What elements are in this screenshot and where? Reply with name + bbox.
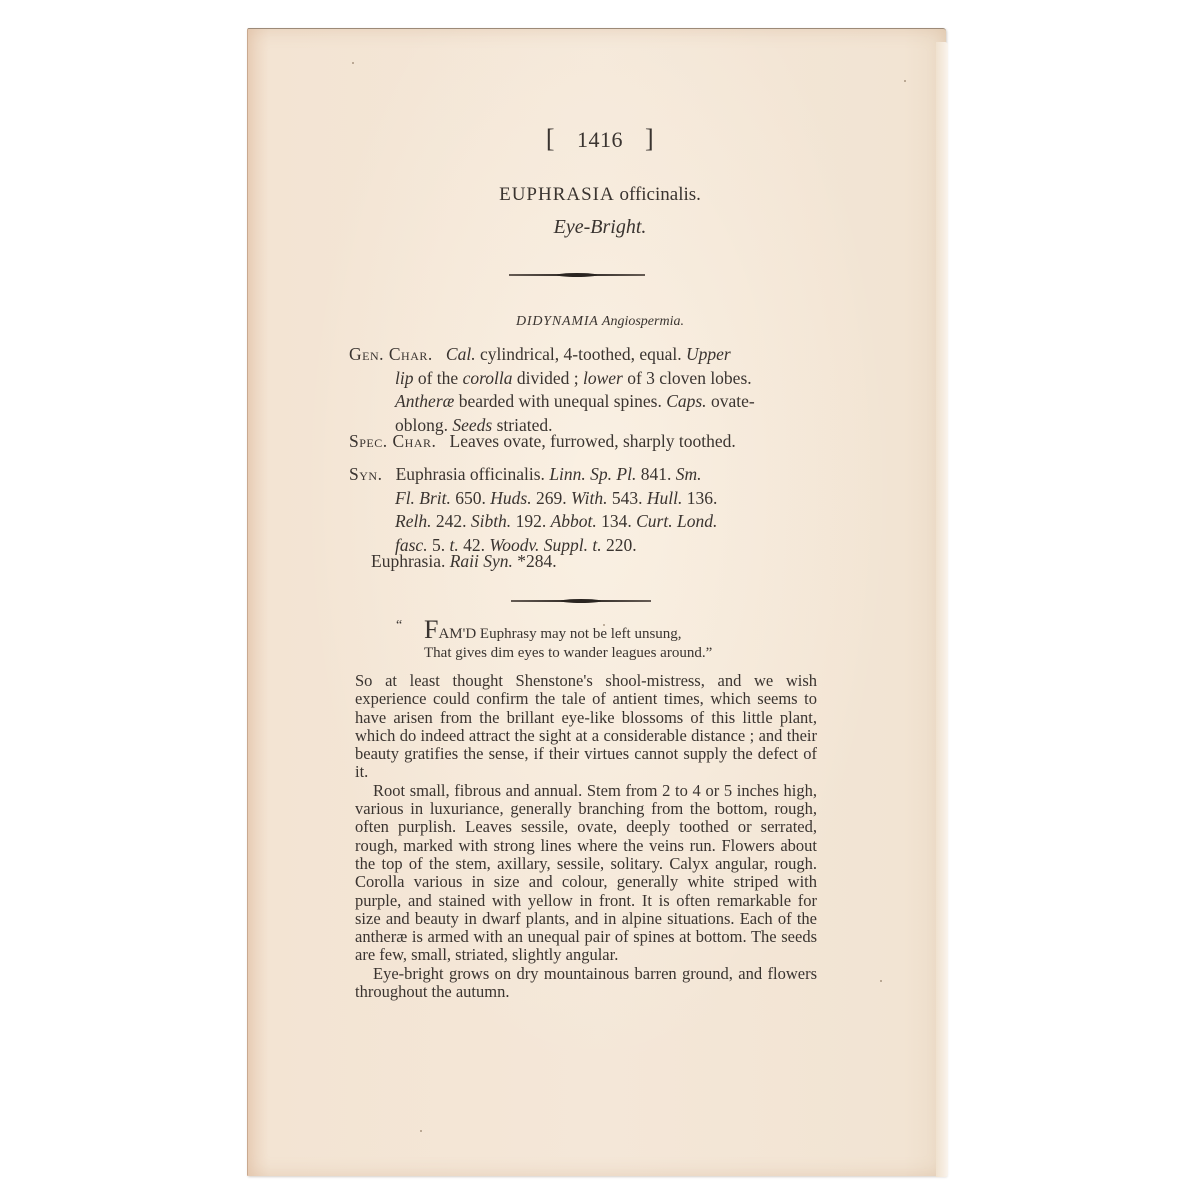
text-run: cylindrical, 4-toothed, equal.: [476, 344, 686, 364]
text-run: 543.: [607, 488, 646, 508]
text-run: 650.: [451, 488, 490, 508]
text-run: Euphrasia.: [371, 551, 450, 571]
spec-char-label: Spec. Char.: [349, 431, 436, 451]
genus-name: EUPHRASIA: [499, 184, 615, 205]
spec-char-text: Leaves ovate, furrowed, sharply toothed.: [450, 431, 736, 451]
paper-speck: [904, 80, 906, 82]
text-run: of 3 cloven lobes.: [623, 368, 752, 388]
text-run: ovate-: [707, 391, 755, 411]
order-name: Angiospermia.: [602, 314, 684, 329]
folio-number: 1416: [577, 127, 623, 152]
generic-character: Gen. Char. Cal. cylindrical, 4-toothed, …: [349, 343, 819, 437]
text-run: bearded with unequal spines.: [454, 391, 666, 411]
drop-cap: F: [424, 615, 438, 644]
term-italic: corolla: [463, 368, 513, 388]
text-run: Euphrasia officinalis.: [396, 464, 550, 484]
reference-italic: Relh.: [395, 511, 431, 531]
linnaean-classification: DIDYNAMIA Angiospermia.: [0, 314, 1200, 330]
text-run: 192.: [511, 511, 550, 531]
syn-label: Syn.: [349, 464, 382, 484]
folio-close-bracket: ]: [645, 124, 654, 153]
synonyms: Syn. Euphrasia officinalis. Linn. Sp. Pl…: [349, 463, 819, 557]
term-italic: lip: [395, 368, 413, 388]
text-run: 134.: [597, 511, 636, 531]
ray-synonym: Euphrasia. Raii Syn. *284.: [371, 550, 821, 574]
reference-italic: Curt. Lond.: [636, 511, 717, 531]
gen-char-label: Gen. Char.: [349, 344, 433, 364]
text-run: 269.: [532, 488, 571, 508]
common-name: Eye-Bright.: [0, 216, 1200, 239]
class-name: DIDYNAMIA: [516, 314, 599, 329]
reference-italic: Sibth.: [471, 511, 511, 531]
reference-italic: Linn. Sp. Pl.: [549, 464, 636, 484]
term-italic: Antheræ: [395, 391, 454, 411]
text-run: of the: [413, 368, 462, 388]
reference-italic: Sm.: [676, 464, 702, 484]
description-paragraph-1: So at least thought Shenstone's shool-mi…: [355, 672, 817, 782]
epigraph-line-2: That gives dim eyes to wander leagues ar…: [402, 644, 712, 663]
paper-speck: [420, 1130, 422, 1132]
text-run: divided ;: [512, 368, 582, 388]
epigraph-line-1: AM'D Euphrasy may not be left unsung,: [438, 626, 681, 642]
page-number: [1416]: [0, 124, 1200, 154]
reference-italic: Raii Syn.: [450, 551, 513, 571]
text-run: 841.: [636, 464, 675, 484]
reference-italic: Huds.: [490, 488, 531, 508]
description-paragraph-2: Root small, fibrous and annual. Stem fro…: [355, 782, 817, 965]
epigraph-quote: “ FAM'D Euphrasy may not be left unsung,…: [402, 620, 712, 663]
species-name: officinalis.: [619, 184, 700, 205]
term-italic: lower: [583, 368, 623, 388]
ornamental-rule: [511, 600, 651, 602]
folio-open-bracket: [: [546, 124, 555, 153]
reference-italic: With.: [571, 488, 607, 508]
text-run: 136.: [682, 488, 717, 508]
paper-speck: [352, 62, 354, 64]
paper-speck: [880, 980, 882, 982]
plant-title: EUPHRASIA officinalis.: [0, 184, 1200, 206]
specific-character: Spec. Char. Leaves ovate, furrowed, shar…: [349, 430, 819, 454]
term-italic: Cal.: [446, 344, 476, 364]
reference-italic: Hull.: [647, 488, 683, 508]
ornamental-rule: [509, 274, 645, 276]
reference-italic: Fl. Brit.: [395, 488, 451, 508]
term-italic: Upper: [686, 344, 731, 364]
text-run: 242.: [431, 511, 470, 531]
description-paragraph-3: Eye-bright grows on dry mountainous barr…: [355, 965, 817, 1002]
page-right-edge: [936, 42, 948, 1177]
reference-italic: Abbot.: [551, 511, 597, 531]
description-body: So at least thought Shenstone's shool-mi…: [355, 672, 817, 1001]
text-run: *284.: [513, 551, 557, 571]
open-quote: “: [396, 616, 402, 635]
term-italic: Caps.: [666, 391, 706, 411]
